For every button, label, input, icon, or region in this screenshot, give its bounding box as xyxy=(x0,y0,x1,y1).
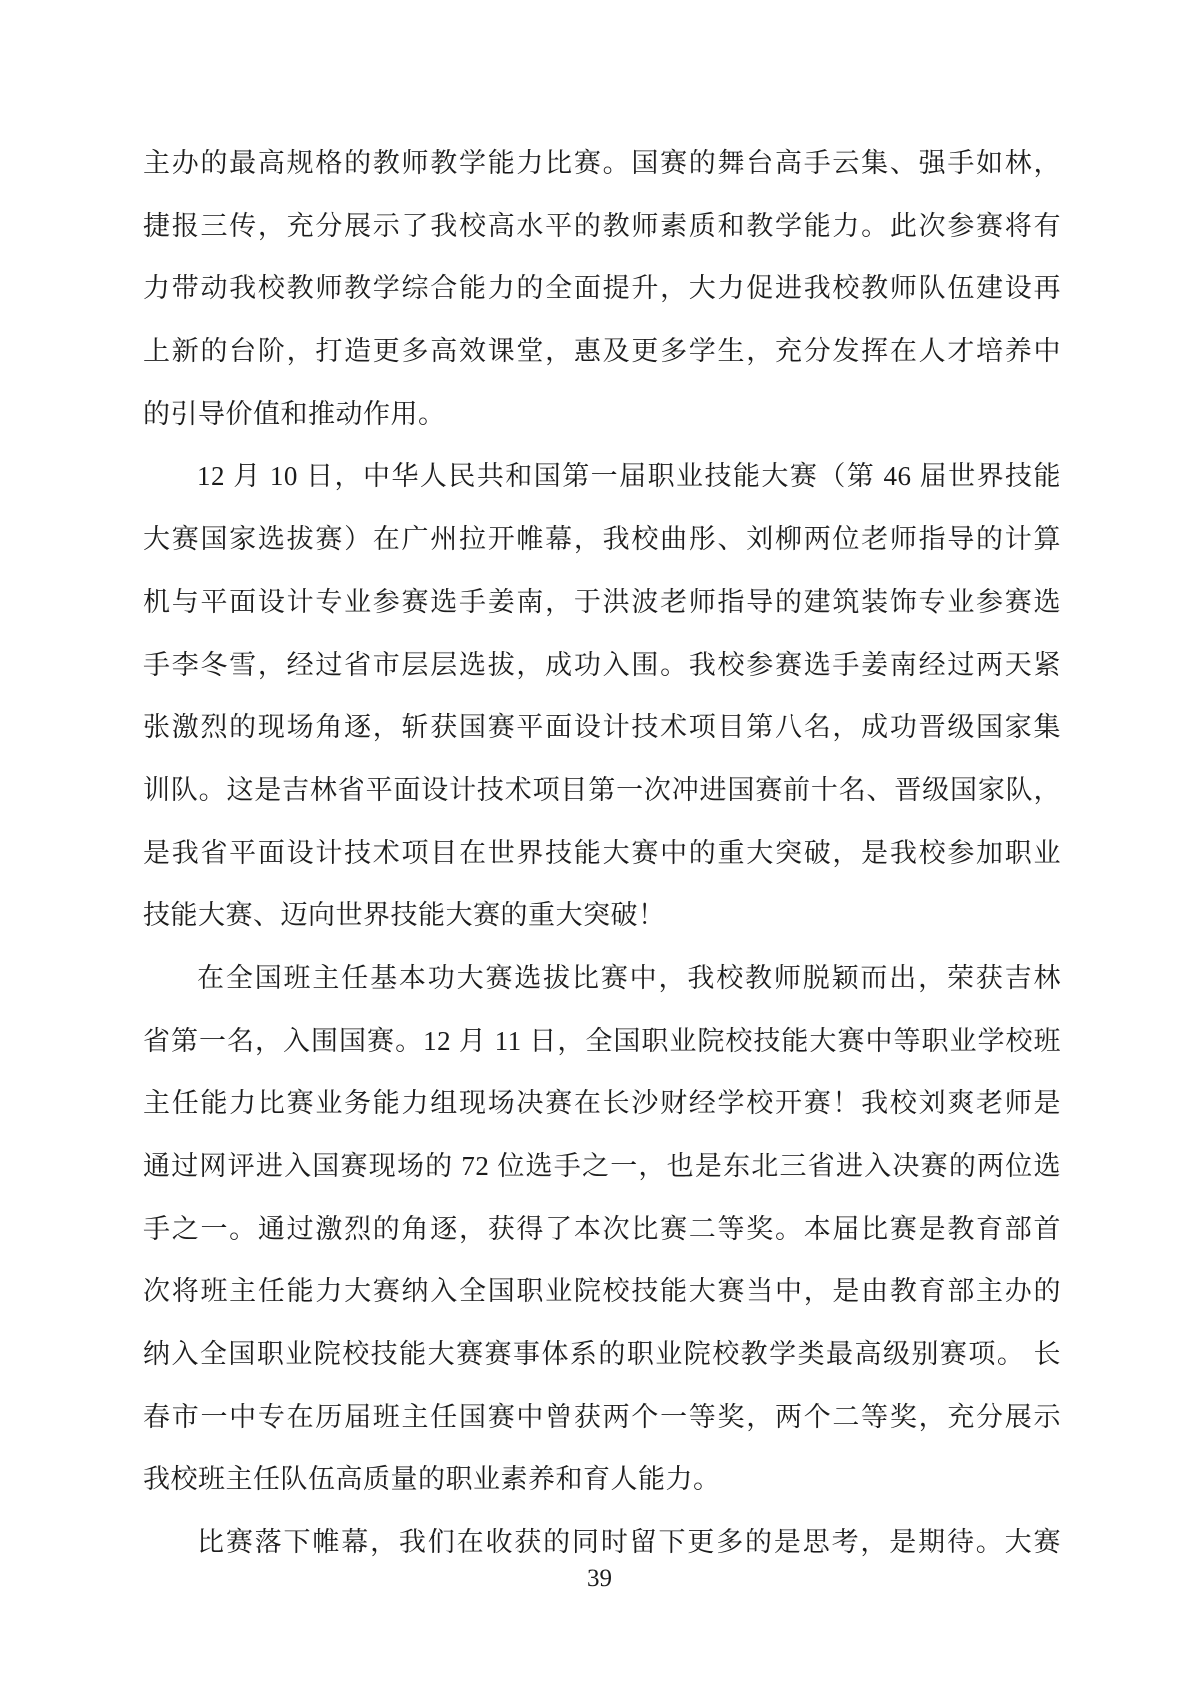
text-line: 主办的最高规格的教师教学能力比赛。国赛的舞台高手云集、强手如林， xyxy=(143,132,1061,195)
document-body: 主办的最高规格的教师教学能力比赛。国赛的舞台高手云集、强手如林，捷报三传，充分展… xyxy=(143,132,1061,1574)
text-line: 力带动我校教师教学综合能力的全面提升，大力促进我校教师队伍建设再 xyxy=(143,257,1061,320)
text-line: 12 月 10 日，中华人民共和国第一届职业技能大赛（第 46 届世界技能 xyxy=(143,445,1061,508)
text-line: 通过网评进入国赛现场的 72 位选手之一，也是东北三省进入决赛的两位选 xyxy=(143,1135,1061,1198)
text-line: 机与平面设计专业参赛选手姜南，于洪波老师指导的建筑装饰专业参赛选 xyxy=(143,571,1061,634)
text-line: 的引导价值和推动作用。 xyxy=(143,383,1061,446)
text-line: 手李冬雪，经过省市层层选拔，成功入围。我校参赛选手姜南经过两天紧 xyxy=(143,634,1061,697)
document-page: 主办的最高规格的教师教学能力比赛。国赛的舞台高手云集、强手如林，捷报三传，充分展… xyxy=(0,0,1199,1696)
text-line: 在全国班主任基本功大赛选拔比赛中，我校教师脱颖而出，荣获吉林 xyxy=(143,947,1061,1010)
text-line: 技能大赛、迈向世界技能大赛的重大突破！ xyxy=(143,884,1061,947)
text-line: 手之一。通过激烈的角逐，获得了本次比赛二等奖。本届比赛是教育部首 xyxy=(143,1198,1061,1261)
text-line: 我校班主任队伍高质量的职业素养和育人能力。 xyxy=(143,1448,1061,1511)
text-line: 次将班主任能力大赛纳入全国职业院校技能大赛当中，是由教育部主办的 xyxy=(143,1260,1061,1323)
text-line: 纳入全国职业院校技能大赛赛事体系的职业院校教学类最高级别赛项。 长 xyxy=(143,1323,1061,1386)
text-line: 上新的台阶，打造更多高效课堂，惠及更多学生，充分发挥在人才培养中 xyxy=(143,320,1061,383)
page-number: 39 xyxy=(0,1562,1199,1596)
text-line: 大赛国家选拔赛）在广州拉开帷幕，我校曲彤、刘柳两位老师指导的计算 xyxy=(143,508,1061,571)
text-line: 是我省平面设计技术项目在世界技能大赛中的重大突破，是我校参加职业 xyxy=(143,822,1061,885)
text-line: 省第一名，入围国赛。12 月 11 日，全国职业院校技能大赛中等职业学校班 xyxy=(143,1010,1061,1073)
text-line: 训队。这是吉林省平面设计技术项目第一次冲进国赛前十名、晋级国家队， xyxy=(143,759,1061,822)
text-line: 捷报三传，充分展示了我校高水平的教师素质和教学能力。此次参赛将有 xyxy=(143,195,1061,258)
text-line: 主任能力比赛业务能力组现场决赛在长沙财经学校开赛！我校刘爽老师是 xyxy=(143,1072,1061,1135)
text-line: 春市一中专在历届班主任国赛中曾获两个一等奖，两个二等奖，充分展示 xyxy=(143,1386,1061,1449)
text-line: 张激烈的现场角逐，斩获国赛平面设计技术项目第八名，成功晋级国家集 xyxy=(143,696,1061,759)
